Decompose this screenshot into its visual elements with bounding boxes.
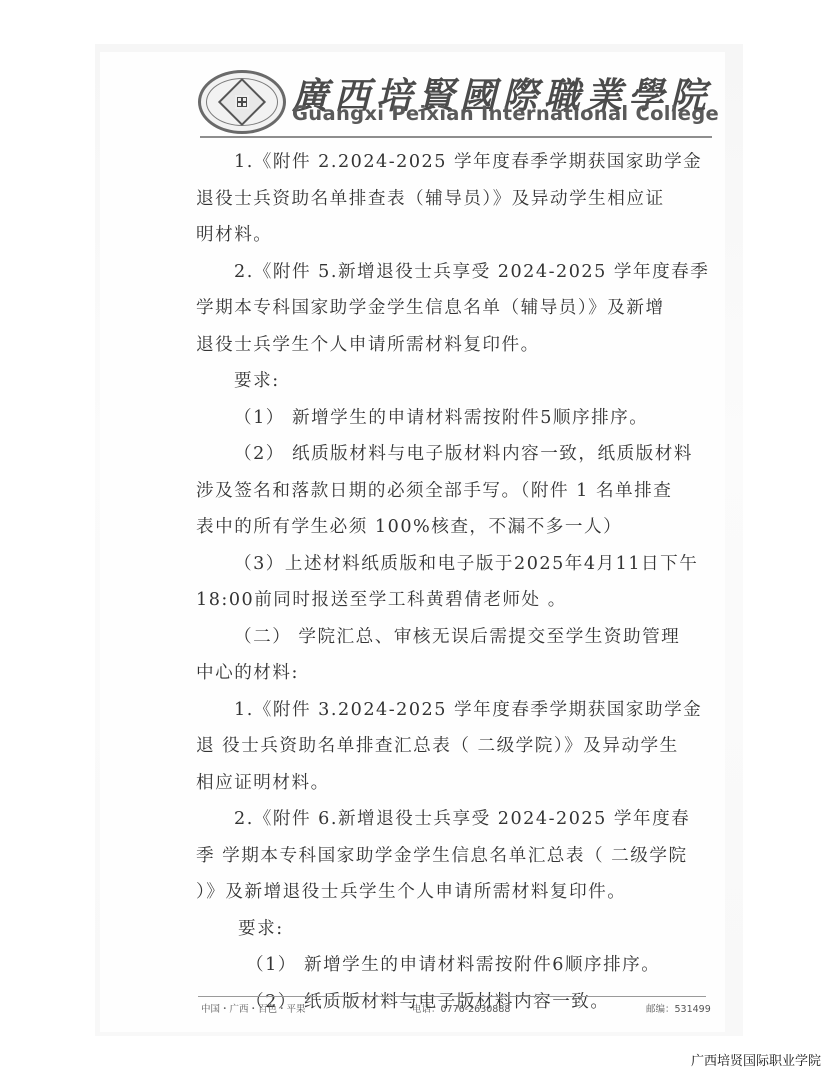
body-line: ）》及新增退役士兵学生个人申请所需材料复印件。 xyxy=(196,874,716,911)
body-line: （二） 学院汇总、审核无误后需提交至学生资助管理 xyxy=(196,619,716,656)
body-line: （3）上述材料纸质版和电子版于2025年4月11日下午 xyxy=(196,546,716,583)
body-line: 要求: xyxy=(196,911,716,948)
body-line: 学期本专科国家助学金学生信息名单（辅导员）》及新增 xyxy=(196,290,716,327)
footer-address: 中国・广西・百色・平果 xyxy=(201,1001,306,1015)
college-seal-icon xyxy=(198,70,286,134)
footer-divider xyxy=(198,996,706,997)
body-line: 退 役士兵资助名单排查汇总表（ 二级学院）》及异动学生 xyxy=(196,728,716,765)
body-line: 中心的材料: xyxy=(196,655,716,692)
body-line: （1） 新增学生的申请材料需按附件6顺序排序。 xyxy=(196,947,716,984)
body-line: （1） 新增学生的申请材料需按附件5顺序排序。 xyxy=(196,400,716,437)
body-line: 要求: xyxy=(196,363,716,400)
footer-phone: 电话：0776-2630888 xyxy=(412,1001,510,1015)
body-line: 表中的所有学生必须 100%核查，不漏不多一人） xyxy=(196,509,716,546)
body-line: 1.《附件 3.2024-2025 学年度春季学期获国家助学金 xyxy=(196,692,716,729)
college-name-english: Guangxi Peixian International College xyxy=(292,102,719,125)
footer-postcode: 邮编：531499 xyxy=(646,1001,711,1015)
body-line: 退役士兵资助名单排查表（辅导员）》及异动学生相应证 xyxy=(196,181,716,218)
body-line: 2.《附件 6.新增退役士兵享受 2024-2025 学年度春 xyxy=(196,801,716,838)
document-body: 1.《附件 2.2024-2025 学年度春季学期获国家助学金退役士兵资助名单排… xyxy=(196,144,716,1020)
body-line: （2） 纸质版材料与电子版材料内容一致，纸质版材料 xyxy=(196,436,716,473)
body-line: 18:00前同时报送至学工科黄碧倩老师处 。 xyxy=(196,582,716,619)
header-divider xyxy=(200,136,712,138)
body-line: 1.《附件 2.2024-2025 学年度春季学期获国家助学金 xyxy=(196,144,716,181)
source-caption: 广西培贤国际职业学院 xyxy=(691,1050,821,1069)
body-line: 退役士兵学生个人申请所需材料复印件。 xyxy=(196,327,716,364)
body-line: 2.《附件 5.新增退役士兵享受 2024-2025 学年度春季 xyxy=(196,254,716,291)
body-line: 明材料。 xyxy=(196,217,716,254)
body-line: 涉及签名和落款日期的必须全部手写。（附件 1 名单排查 xyxy=(196,473,716,510)
body-line: 相应证明材料。 xyxy=(196,765,716,802)
body-line: 季 学期本专科国家助学金学生信息名单汇总表（ 二级学院 xyxy=(196,838,716,875)
